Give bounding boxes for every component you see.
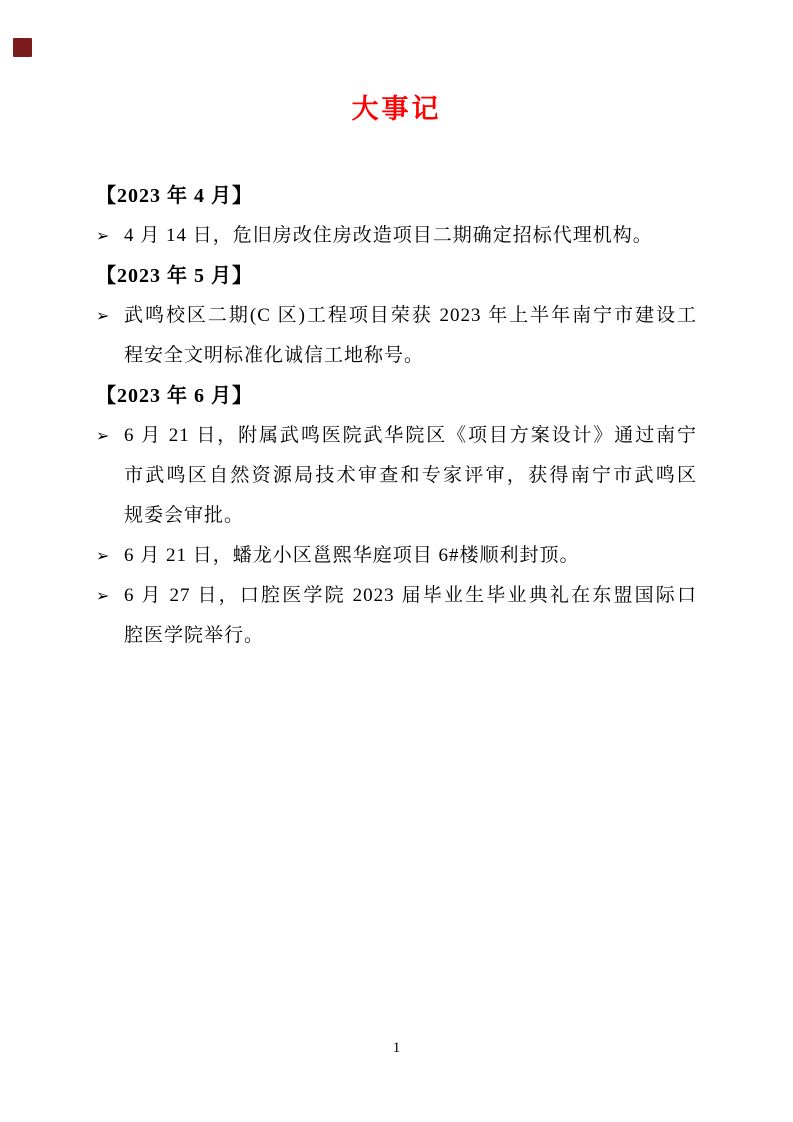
- month-section: 【2023 年 5 月】 ➢ 武鸣校区二期(C 区)工程项目荣获 2023 年上…: [96, 256, 697, 376]
- event-text-line: 规委会审批。: [124, 496, 697, 536]
- section-heading: 【2023 年 4 月】: [96, 176, 697, 216]
- event-text: 6 月 27 日，口腔医学院 2023 届毕业生毕业典礼在东盟国际口腔医学院举行…: [124, 576, 697, 656]
- event-text-line: 腔医学院举行。: [124, 616, 697, 656]
- month-section: 【2023 年 6 月】 ➢ 6 月 21 日，附属武鸣医院武华院区《项目方案设…: [96, 376, 697, 656]
- arrow-bullet-icon: ➢: [96, 536, 118, 576]
- event-item: ➢ 武鸣校区二期(C 区)工程项目荣获 2023 年上半年南宁市建设工程安全文明…: [96, 296, 697, 376]
- corner-mark: [13, 38, 32, 57]
- event-item: ➢ 6 月 21 日，蟠龙小区邕熙华庭项目 6#楼顺利封顶。: [96, 536, 697, 576]
- arrow-bullet-icon: ➢: [96, 416, 118, 456]
- event-text: 武鸣校区二期(C 区)工程项目荣获 2023 年上半年南宁市建设工程安全文明标准…: [124, 296, 697, 376]
- event-text: 4 月 14 日，危旧房改住房改造项目二期确定招标代理机构。: [124, 216, 697, 256]
- event-item: ➢ 6 月 21 日，附属武鸣医院武华院区《项目方案设计》通过南宁市武鸣区自然资…: [96, 416, 697, 536]
- event-text: 6 月 21 日，蟠龙小区邕熙华庭项目 6#楼顺利封顶。: [124, 536, 697, 576]
- event-text-line: 武鸣校区二期(C 区)工程项目荣获 2023 年上半年南宁市建设工: [124, 296, 697, 336]
- page-title: 大事记: [0, 92, 793, 126]
- section-heading: 【2023 年 5 月】: [96, 256, 697, 296]
- event-item: ➢ 4 月 14 日，危旧房改住房改造项目二期确定招标代理机构。: [96, 216, 697, 256]
- event-text-line: 6 月 21 日，附属武鸣医院武华院区《项目方案设计》通过南宁: [124, 416, 697, 456]
- document-body: 【2023 年 4 月】 ➢ 4 月 14 日，危旧房改住房改造项目二期确定招标…: [96, 176, 697, 656]
- arrow-bullet-icon: ➢: [96, 576, 118, 616]
- section-heading: 【2023 年 6 月】: [96, 376, 697, 416]
- event-text-line: 4 月 14 日，危旧房改住房改造项目二期确定招标代理机构。: [124, 216, 697, 256]
- arrow-bullet-icon: ➢: [96, 296, 118, 336]
- event-text-line: 市武鸣区自然资源局技术审查和专家评审，获得南宁市武鸣区: [124, 456, 697, 496]
- month-section: 【2023 年 4 月】 ➢ 4 月 14 日，危旧房改住房改造项目二期确定招标…: [96, 176, 697, 256]
- event-text: 6 月 21 日，附属武鸣医院武华院区《项目方案设计》通过南宁市武鸣区自然资源局…: [124, 416, 697, 536]
- event-item: ➢ 6 月 27 日，口腔医学院 2023 届毕业生毕业典礼在东盟国际口腔医学院…: [96, 576, 697, 656]
- page-number: 1: [0, 1038, 793, 1058]
- document-page: 大事记 【2023 年 4 月】 ➢ 4 月 14 日，危旧房改住房改造项目二期…: [0, 0, 793, 1122]
- event-text-line: 6 月 21 日，蟠龙小区邕熙华庭项目 6#楼顺利封顶。: [124, 536, 697, 576]
- event-text-line: 6 月 27 日，口腔医学院 2023 届毕业生毕业典礼在东盟国际口: [124, 576, 697, 616]
- arrow-bullet-icon: ➢: [96, 216, 118, 256]
- event-text-line: 程安全文明标准化诚信工地称号。: [124, 336, 697, 376]
